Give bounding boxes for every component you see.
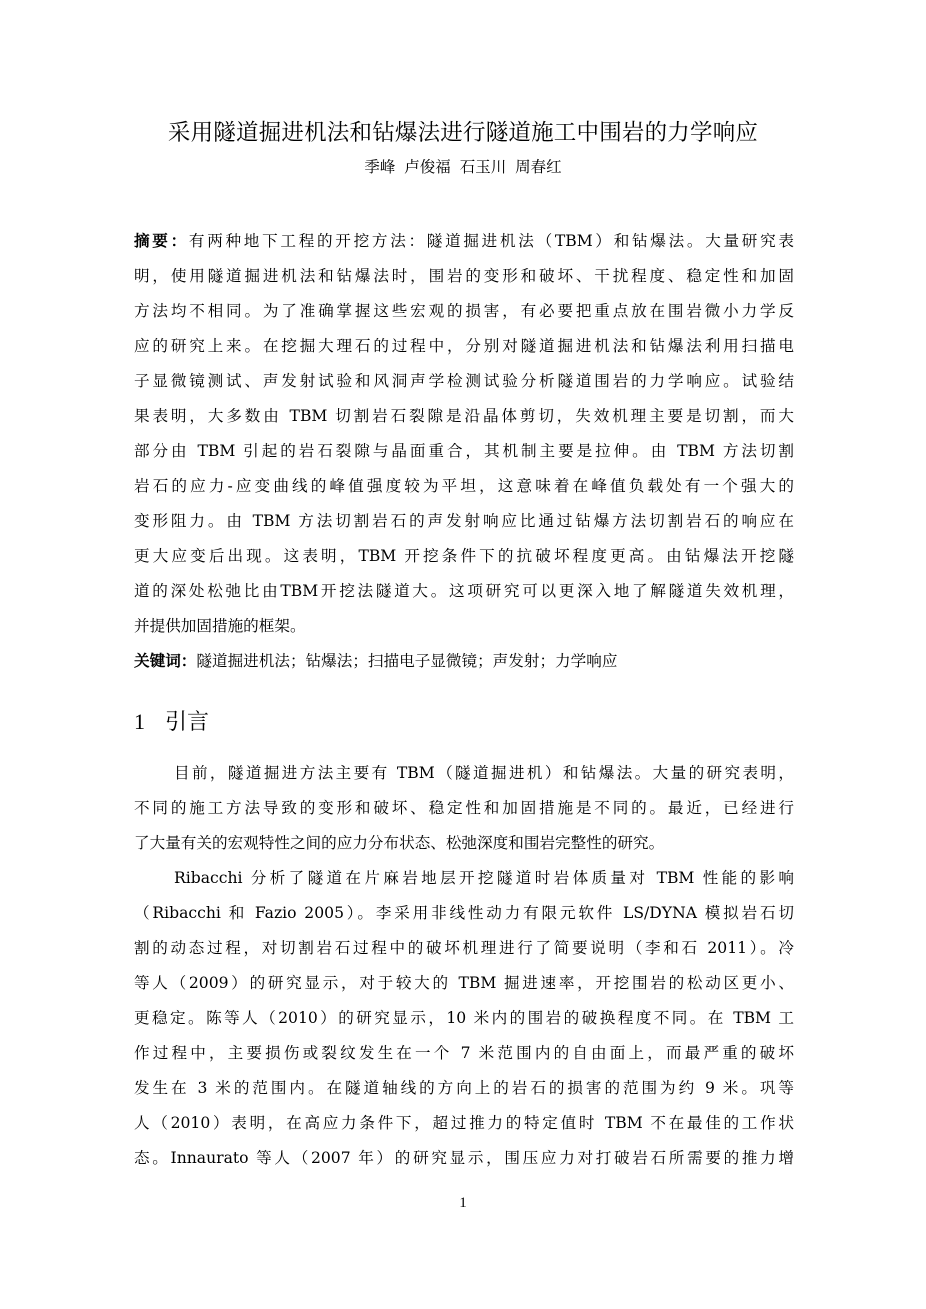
section-heading: 1引言 <box>134 704 209 741</box>
abstract-line: 摘要：有两种地下工程的开挖方法：隧道掘进机法（TBM）和钻爆法。大量研究表 <box>134 224 794 259</box>
paragraph-line: 更稳定。陈等人（2010）的研究显示，10 米内的围岩的破换程度不同。在 TBM… <box>134 1001 794 1036</box>
abstract: 摘要：有两种地下工程的开挖方法：隧道掘进机法（TBM）和钻爆法。大量研究表 明，… <box>134 224 794 679</box>
abstract-line: 岩石的应力-应变曲线的峰值强度较为平坦，这意味着在峰值负载处有一个强大的 <box>134 469 794 504</box>
abstract-line: 子显微镜测试、声发射试验和风洞声学检测试验分析隧道围岩的力学响应。试验结 <box>134 364 794 399</box>
section-title: 引言 <box>165 710 209 735</box>
paper-authors: 季峰 卢俊福 石玉川 周春红 <box>0 154 926 180</box>
paragraph-line: 作过程中，主要损伤或裂纹发生在一个 7 米范围内的自由面上，而最严重的破坏 <box>134 1036 794 1071</box>
page-number: 1 <box>0 1195 926 1212</box>
keywords-text: 隧道掘进机法；钻爆法；扫描电子显微镜；声发射；力学响应 <box>196 652 617 670</box>
abstract-line: 果表明，大多数由 TBM 切割岩石裂隙是沿晶体剪切，失效机理主要是切割，而大 <box>134 399 794 434</box>
abstract-line: 明，使用隧道掘进机法和钻爆法时，围岩的变形和破坏、干扰程度、稳定性和加固 <box>134 259 794 294</box>
abstract-line: 并提供加固措施的框架。 <box>134 609 794 644</box>
abstract-line: 变形阻力。由 TBM 方法切割岩石的声发射响应比通过钻爆方法切割岩石的响应在 <box>134 504 794 539</box>
abstract-line: 应的研究上来。在挖掘大理石的过程中，分别对隧道掘进机法和钻爆法利用扫描电 <box>134 329 794 364</box>
paragraph-line: （Ribacchi 和 Fazio 2005）。李采用非线性动力有限元软件 LS… <box>134 896 794 931</box>
document-page: 采用隧道掘进机法和钻爆法进行隧道施工中围岩的力学响应 季峰 卢俊福 石玉川 周春… <box>0 0 926 1309</box>
paragraph-line: 不同的施工方法导致的变形和破坏、稳定性和加固措施是不同的。最近，已经进行 <box>134 791 794 826</box>
paragraph-line: Ribacchi 分析了隧道在片麻岩地层开挖隧道时岩体质量对 TBM 性能的影响 <box>134 861 794 896</box>
abstract-line: 更大应变后出现。这表明，TBM 开挖条件下的抗破坏程度更高。由钻爆法开挖隧 <box>134 539 794 574</box>
section-number: 1 <box>134 709 145 734</box>
paper-title: 采用隧道掘进机法和钻爆法进行隧道施工中围岩的力学响应 <box>0 116 926 150</box>
abstract-line: 部分由 TBM 引起的岩石裂隙与晶面重合，其机制主要是拉伸。由 TBM 方法切割 <box>134 434 794 469</box>
paragraph-line: 目前，隧道掘进方法主要有 TBM（隧道掘进机）和钻爆法。大量的研究表明， <box>134 756 794 791</box>
paragraph-line: 等人（2009）的研究显示，对于较大的 TBM 掘进速率，开挖围岩的松动区更小、 <box>134 966 794 1001</box>
keywords-label: 关键词： <box>134 652 196 670</box>
paragraph-line: 发生在 3 米的范围内。在隧道轴线的方向上的岩石的损害的范围为约 9 米。巩等 <box>134 1071 794 1106</box>
paragraph-line: 人（2010）表明，在高应力条件下，超过推力的特定值时 TBM 不在最佳的工作状 <box>134 1106 794 1141</box>
paragraph-line: 了大量有关的宏观特性之间的应力分布状态、松弛深度和围岩完整性的研究。 <box>134 826 794 861</box>
paragraph-line: 态。Innaurato 等人（2007 年）的研究显示，围压应力对打破岩石所需要… <box>134 1141 794 1176</box>
section-body: 目前，隧道掘进方法主要有 TBM（隧道掘进机）和钻爆法。大量的研究表明， 不同的… <box>134 756 794 1176</box>
keywords: 关键词：隧道掘进机法；钻爆法；扫描电子显微镜；声发射；力学响应 <box>134 644 794 679</box>
abstract-label: 摘要： <box>134 232 189 250</box>
abstract-line: 方法均不相同。为了准确掌握这些宏观的损害，有必要把重点放在围岩微小力学反 <box>134 294 794 329</box>
abstract-line: 道的深处松弛比由TBM开挖法隧道大。这项研究可以更深入地了解隧道失效机理， <box>134 574 794 609</box>
paragraph-line: 割的动态过程，对切割岩石过程中的破坏机理进行了简要说明（李和石 2011）。冷 <box>134 931 794 966</box>
